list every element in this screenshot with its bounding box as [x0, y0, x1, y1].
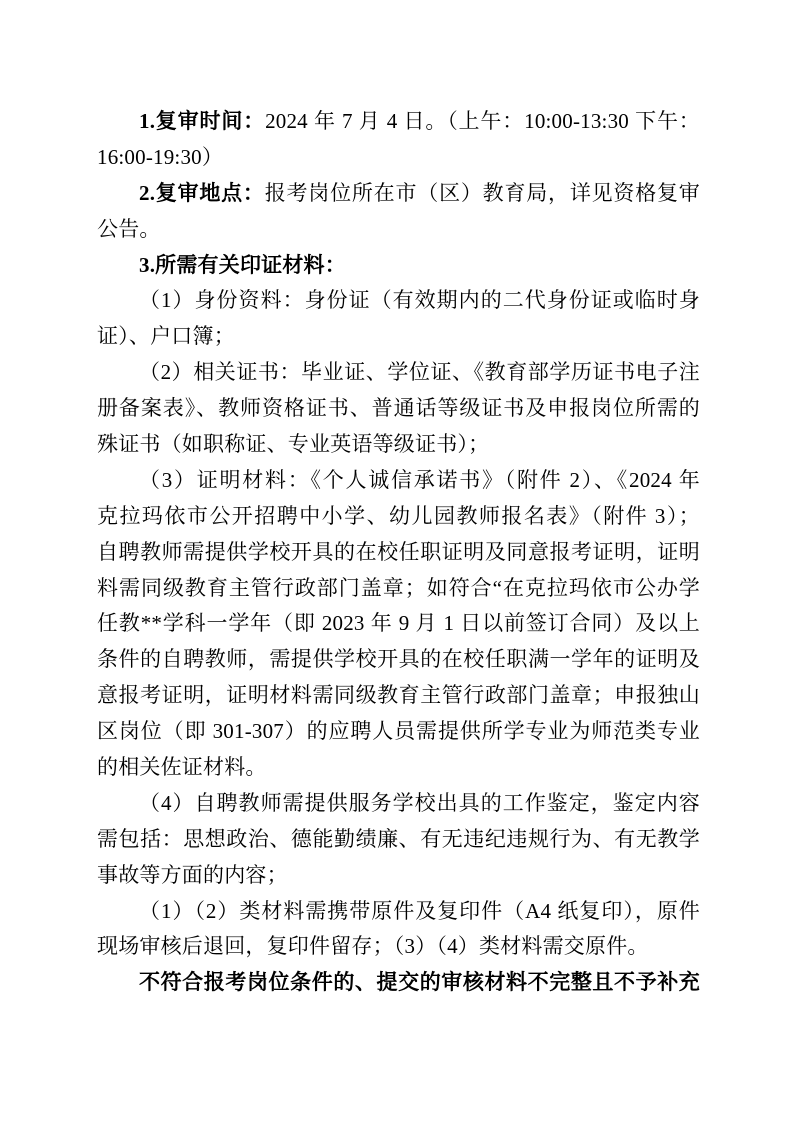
text-segment: （1）身份资料：身份证（有效期内的二代身份证或临时身份 [97, 288, 700, 319]
text-segment: 自聘教师需提供学校开具的在校任职证明及同意报考证明，证明材 [97, 540, 700, 571]
text-segment: （4）自聘教师需提供服务学校出具的工作鉴定，鉴定内容 [139, 791, 700, 815]
text-line: （1）身份资料：身份证（有效期内的二代身份证或临时身份 [97, 283, 700, 319]
text-line: 现场审核后退回，复印件留存；（3）（4）类材料需交原件。 [97, 929, 700, 965]
text-line: （3）证明材料：《个人诚信承诺书》（附件 2）、《2024 年 [97, 463, 700, 499]
text-line: 1.复审时间：2024 年 7 月 4 日。（上午：10:00-13:30 下午… [97, 104, 700, 140]
text-segment: 不符合报考岗位条件的、提交的审核材料不完整且不予补充的 [97, 970, 700, 1001]
text-line: 公告。 [97, 212, 700, 248]
text-line: （1）（2）类材料需携带原件及复印件（A4 纸复印），原件 [97, 894, 700, 930]
text-segment: 料需同级教育主管行政部门盖章；如符合“在克拉玛依市公办学校 [97, 576, 700, 607]
paragraph-item-1-identity: （1）身份资料：身份证（有效期内的二代身份证或临时身份证）、户口簿； [97, 283, 700, 355]
document-page: 1.复审时间：2024 年 7 月 4 日。（上午：10:00-13:30 下午… [0, 0, 793, 1122]
paragraph-item-3-proof-materials: （3）证明材料：《个人诚信承诺书》（附件 2）、《2024 年克拉玛依市公开招聘… [97, 463, 700, 786]
text-line: 需包括：思想政治、德能勤绩廉、有无违纪违规行为、有无教学 [97, 822, 700, 858]
text-line: 条件的自聘教师，需提供学校开具的在校任职满一学年的证明及同 [97, 642, 700, 678]
paragraph-materials-handling-note: （1）（2）类材料需携带原件及复印件（A4 纸复印），原件现场审核后退回，复印件… [97, 894, 700, 966]
text-segment: 2024 年 7 月 4 日。（上午：10:00-13:30 下午： [265, 109, 700, 133]
text-segment: 事故等方面的内容； [97, 863, 288, 887]
paragraph-item-4-work-appraisal: （4）自聘教师需提供服务学校出具的工作鉴定，鉴定内容需包括：思想政治、德能勤绩廉… [97, 786, 700, 894]
text-segment: 克拉玛依市公开招聘中小学、幼儿园教师报名表》（附件 3）； [97, 504, 700, 528]
text-segment: 16:00-19:30） [97, 145, 223, 169]
text-line: 16:00-19:30） [97, 140, 700, 176]
text-line: 3.所需有关印证材料： [97, 248, 700, 284]
paragraph-review-time: 1.复审时间：2024 年 7 月 4 日。（上午：10:00-13:30 下午… [97, 104, 700, 176]
document-body-text: 1.复审时间：2024 年 7 月 4 日。（上午：10:00-13:30 下午… [97, 104, 700, 1001]
text-line: 意报考证明，证明材料需同级教育主管行政部门盖章；申报独山子 [97, 678, 700, 714]
paragraph-required-materials-heading: 3.所需有关印证材料： [97, 248, 700, 284]
text-line: 的相关佐证材料。 [97, 750, 700, 786]
text-segment: （2）相关证书：毕业证、学位证、《教育部学历证书电子注 [139, 360, 700, 384]
paragraph-item-2-certificates: （2）相关证书：毕业证、学位证、《教育部学历证书电子注册备案表》、教师资格证书、… [97, 355, 700, 463]
text-segment: 证）、户口簿； [97, 324, 235, 348]
text-segment: 2.复审地点： [139, 181, 265, 205]
text-line: （2）相关证书：毕业证、学位证、《教育部学历证书电子注 [97, 355, 700, 391]
text-segment: （3）证明材料：《个人诚信承诺书》（附件 2）、《2024 年 [139, 468, 700, 492]
text-line: 自聘教师需提供学校开具的在校任职证明及同意报考证明，证明材 [97, 535, 700, 571]
text-segment: 意报考证明，证明材料需同级教育主管行政部门盖章；申报独山子 [97, 683, 700, 714]
text-segment: 的相关佐证材料。 [97, 755, 267, 779]
text-line: 任教**学科一学年（即 2023 年 9 月 1 日以前签订合同）及以上的” [97, 606, 700, 642]
text-segment: 3.所需有关印证材料： [139, 253, 346, 277]
text-segment: 区岗位（即 301-307）的应聘人员需提供所学专业为师范类专业 [97, 719, 700, 743]
text-segment: 公告。 [97, 217, 161, 241]
text-line: 区岗位（即 301-307）的应聘人员需提供所学专业为师范类专业 [97, 714, 700, 750]
text-segment: 册备案表》、教师资格证书、普通话等级证书及申报岗位所需的特 [97, 396, 700, 427]
text-segment: 条件的自聘教师，需提供学校开具的在校任职满一学年的证明及同 [97, 647, 700, 678]
text-line: （4）自聘教师需提供服务学校出具的工作鉴定，鉴定内容 [97, 786, 700, 822]
text-segment: 现场审核后退回，复印件留存；（3）（4）类材料需交原件。 [97, 934, 649, 958]
text-line: 册备案表》、教师资格证书、普通话等级证书及申报岗位所需的特 [97, 391, 700, 427]
text-segment: 报考岗位所在市（区）教育局，详见资格复审 [265, 181, 700, 205]
text-line: 事故等方面的内容； [97, 858, 700, 894]
text-segment: 殊证书（如职称证、专业英语等级证书）； [97, 432, 489, 456]
paragraph-review-location: 2.复审地点：报考岗位所在市（区）教育局，详见资格复审公告。 [97, 176, 700, 248]
text-line: 殊证书（如职称证、专业英语等级证书）； [97, 427, 700, 463]
text-line: 2.复审地点：报考岗位所在市（区）教育局，详见资格复审 [97, 176, 700, 212]
text-segment: 需包括：思想政治、德能勤绩廉、有无违纪违规行为、有无教学 [97, 827, 700, 851]
paragraph-disqualification-note: 不符合报考岗位条件的、提交的审核材料不完整且不予补充的 [97, 965, 700, 1001]
text-line: 不符合报考岗位条件的、提交的审核材料不完整且不予补充的 [97, 965, 700, 1001]
text-line: 证）、户口簿； [97, 319, 700, 355]
text-segment: （1）（2）类材料需携带原件及复印件（A4 纸复印），原件 [139, 899, 700, 923]
text-line: 克拉玛依市公开招聘中小学、幼儿园教师报名表》（附件 3）； [97, 499, 700, 535]
text-segment: 1.复审时间： [139, 109, 265, 133]
text-segment: 任教**学科一学年（即 2023 年 9 月 1 日以前签订合同）及以上的” [97, 611, 700, 642]
text-line: 料需同级教育主管行政部门盖章；如符合“在克拉玛依市公办学校 [97, 571, 700, 607]
